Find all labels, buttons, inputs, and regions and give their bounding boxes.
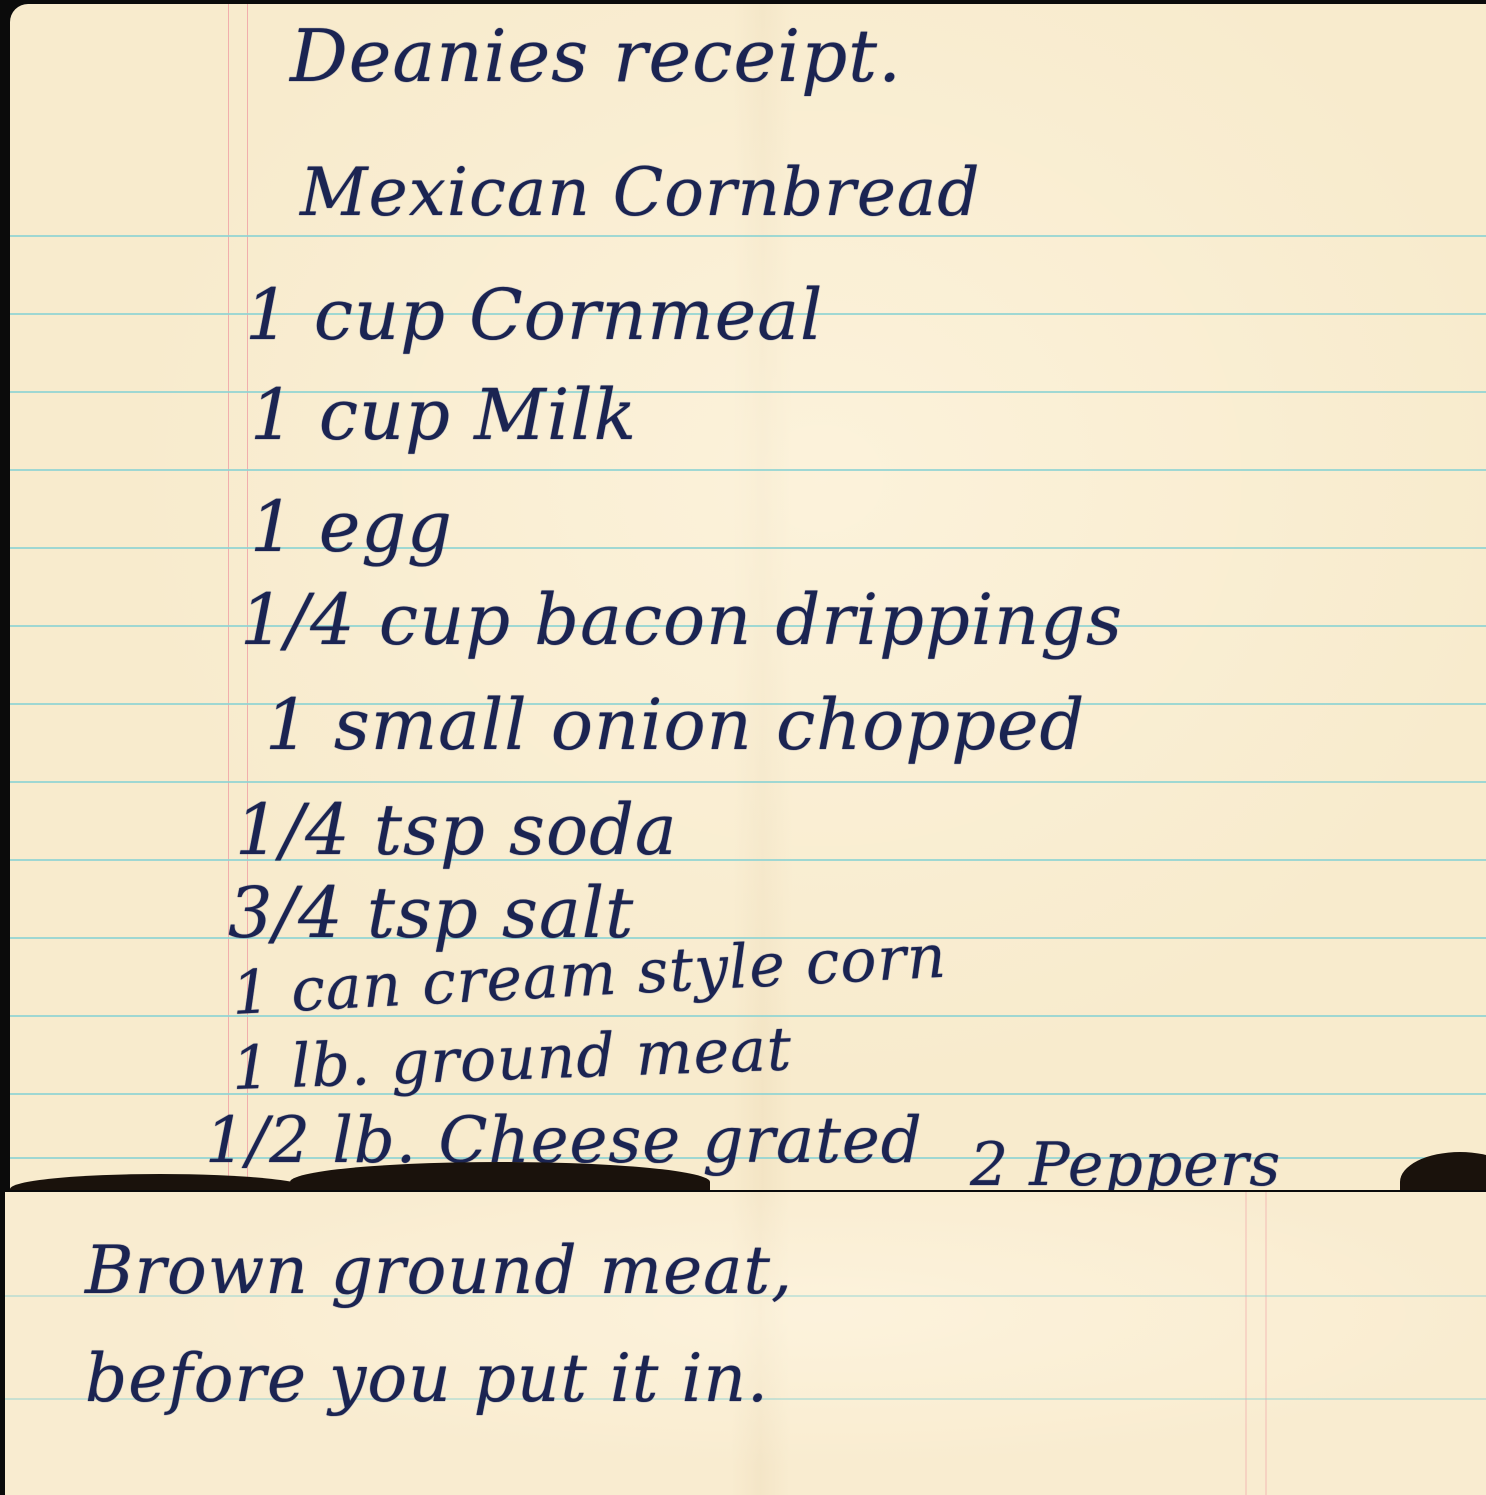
ruled-line bbox=[10, 859, 1486, 861]
ingredient-extra: 2 Peppers bbox=[970, 1130, 1281, 1190]
ingredient-qty: 3/4 bbox=[228, 872, 344, 954]
ingredient-qty: 1/4 bbox=[235, 789, 351, 871]
ingredient-qty: 1 bbox=[245, 274, 291, 356]
recipe-page-bottom: Brown ground meat, before you put it in. bbox=[5, 1192, 1486, 1495]
ruled-line bbox=[10, 391, 1486, 393]
recipe-page-top: Deanies receipt. Mexican Cornbread 1 cup… bbox=[10, 4, 1486, 1190]
ingredient-qty: 1/4 bbox=[240, 579, 356, 661]
margin-line bbox=[228, 4, 229, 1190]
ruled-line bbox=[10, 781, 1486, 783]
ingredient-line: 1/4 cup bacon drippings bbox=[240, 579, 1123, 661]
ingredient-text: cup bacon drippings bbox=[379, 579, 1123, 661]
ingredient-text: cup Cornmeal bbox=[314, 274, 824, 356]
ruled-line bbox=[10, 547, 1486, 549]
ingredient-line: 1 cup Cornmeal bbox=[245, 274, 823, 356]
ingredient-text: lb. ground meat bbox=[290, 1014, 793, 1101]
ingredient-qty: 1 bbox=[230, 957, 273, 1029]
ingredient-line: 1 egg bbox=[250, 486, 453, 568]
ingredient-text: egg bbox=[319, 486, 453, 568]
instruction-line: Brown ground meat, bbox=[85, 1232, 793, 1309]
ingredient-qty: 1/2 bbox=[205, 1104, 311, 1178]
ingredient-text: small onion chopped bbox=[334, 684, 1085, 766]
ingredient-qty: 1 bbox=[265, 684, 311, 766]
ingredient-qty: 1 bbox=[250, 486, 296, 568]
instruction-line: before you put it in. bbox=[85, 1340, 769, 1417]
ingredient-line: 1/4 tsp soda bbox=[235, 789, 678, 871]
recipe-name: Mexican Cornbread bbox=[300, 154, 981, 231]
ruled-line bbox=[10, 235, 1486, 237]
ingredient-qty: 1 bbox=[250, 374, 296, 456]
ruled-line bbox=[10, 1093, 1486, 1095]
ingredient-text: cup Milk bbox=[319, 374, 637, 456]
margin-line bbox=[1245, 1192, 1247, 1495]
ruled-line bbox=[10, 469, 1486, 471]
recipe-header-title: Deanies receipt. bbox=[290, 14, 902, 98]
ingredient-text: tsp soda bbox=[374, 789, 678, 871]
ingredient-line: 1 small onion chopped bbox=[265, 684, 1085, 766]
ingredient-line: 1 cup Milk bbox=[250, 374, 637, 456]
ingredient-qty: 1 bbox=[231, 1033, 273, 1104]
margin-line bbox=[1265, 1192, 1267, 1495]
ingredient-line: 1 lb. ground meat bbox=[231, 1014, 793, 1104]
